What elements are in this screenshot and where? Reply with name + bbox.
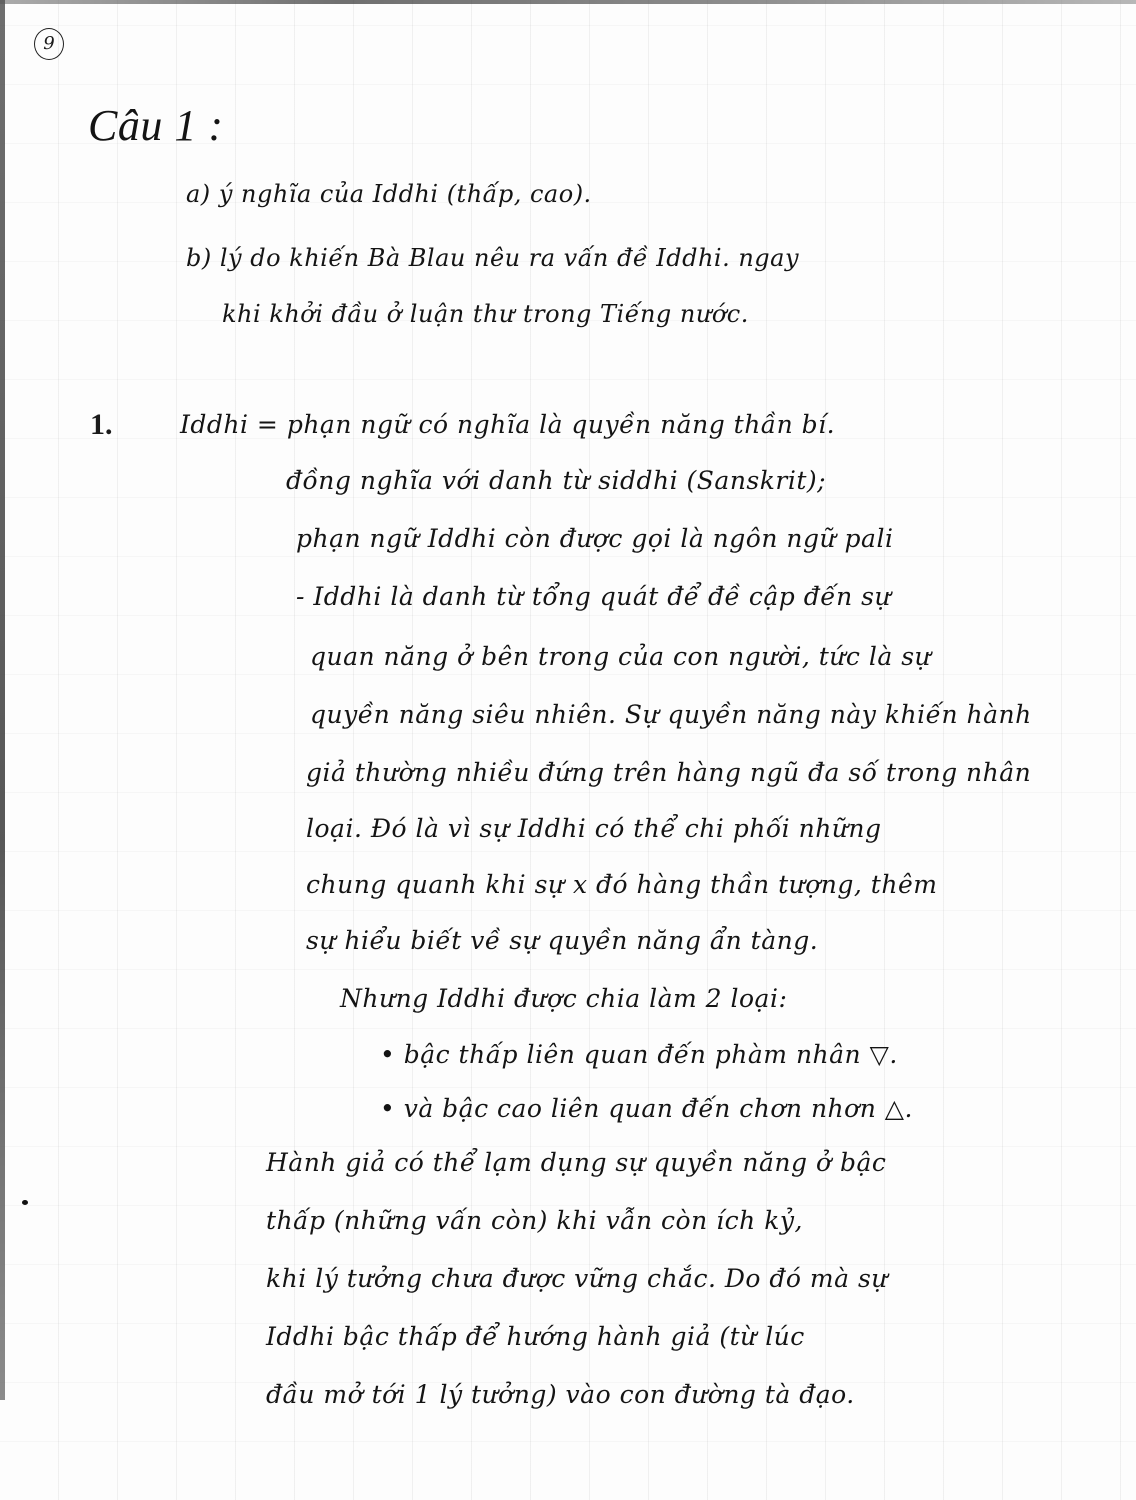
answer-line: giả thường nhiều đứng trên hàng ngũ đa s… xyxy=(306,758,1031,787)
question-a-label: a) xyxy=(186,180,211,208)
answer-line: quan năng ở bên trong của con người, tức… xyxy=(310,642,931,671)
scan-edge-top xyxy=(0,0,1136,4)
answer-line: phạn ngữ Iddhi còn được gọi là ngôn ngữ … xyxy=(296,524,893,553)
scan-edge-left xyxy=(0,0,5,1400)
answer-line: đồng nghĩa với danh từ siddhi (Sanskrit)… xyxy=(286,466,826,495)
answer-line: - Iddhi là danh từ tổng quát để đề cập đ… xyxy=(296,582,891,611)
answer-line: khi lý tưởng chưa được vững chắc. Do đó … xyxy=(266,1264,888,1293)
answer-line: • và bậc cao liên quan đến chơn nhơn △. xyxy=(380,1094,913,1123)
question-a: a) ý nghĩa của Iddhi (thấp, cao). xyxy=(186,180,592,208)
answer-line: quyền năng siêu nhiên. Sự quyền năng này… xyxy=(310,700,1032,729)
page-number: 9 xyxy=(34,28,64,60)
margin-ink-dot xyxy=(22,1200,28,1205)
answer-line: Nhưng Iddhi được chia làm 2 loại: xyxy=(340,984,787,1013)
question-heading: Câu 1 : xyxy=(88,100,224,151)
answer-line: Hành giả có thể lạm dụng sự quyền năng ở… xyxy=(266,1148,886,1177)
answer-line: • bậc thấp liên quan đến phàm nhân ▽. xyxy=(380,1040,898,1069)
question-b-continued: khi khởi đầu ở luận thư trong Tiếng nước… xyxy=(222,300,749,328)
notebook-page: 9 Câu 1 : a) ý nghĩa của Iddhi (thấp, ca… xyxy=(0,0,1136,1500)
question-b-text: lý do khiến Bà Blau nêu ra vấn đề Iddhi.… xyxy=(220,244,799,272)
question-b-label: b) xyxy=(186,244,212,272)
answer-line: Iddhi = phạn ngữ có nghĩa là quyền năng … xyxy=(180,410,835,439)
answer-line: đầu mở tới 1 lý tưởng) vào con đường tà … xyxy=(266,1380,855,1409)
answer-marker: 1. xyxy=(90,408,113,442)
answer-line: thấp (những vấn còn) khi vẫn còn ích kỷ, xyxy=(266,1206,803,1235)
question-a-text: ý nghĩa của Iddhi (thấp, cao). xyxy=(219,180,592,208)
answer-line: loại. Đó là vì sự Iddhi có thể chi phối … xyxy=(306,814,882,843)
question-b: b) lý do khiến Bà Blau nêu ra vấn đề Idd… xyxy=(186,244,799,272)
answer-line: sự hiểu biết về sự quyền năng ẩn tàng. xyxy=(306,926,818,955)
answer-line: Iddhi bậc thấp để hướng hành giả (từ lúc xyxy=(266,1322,805,1351)
answer-line: chung quanh khi sự x đó hàng thần tượng,… xyxy=(306,870,937,899)
